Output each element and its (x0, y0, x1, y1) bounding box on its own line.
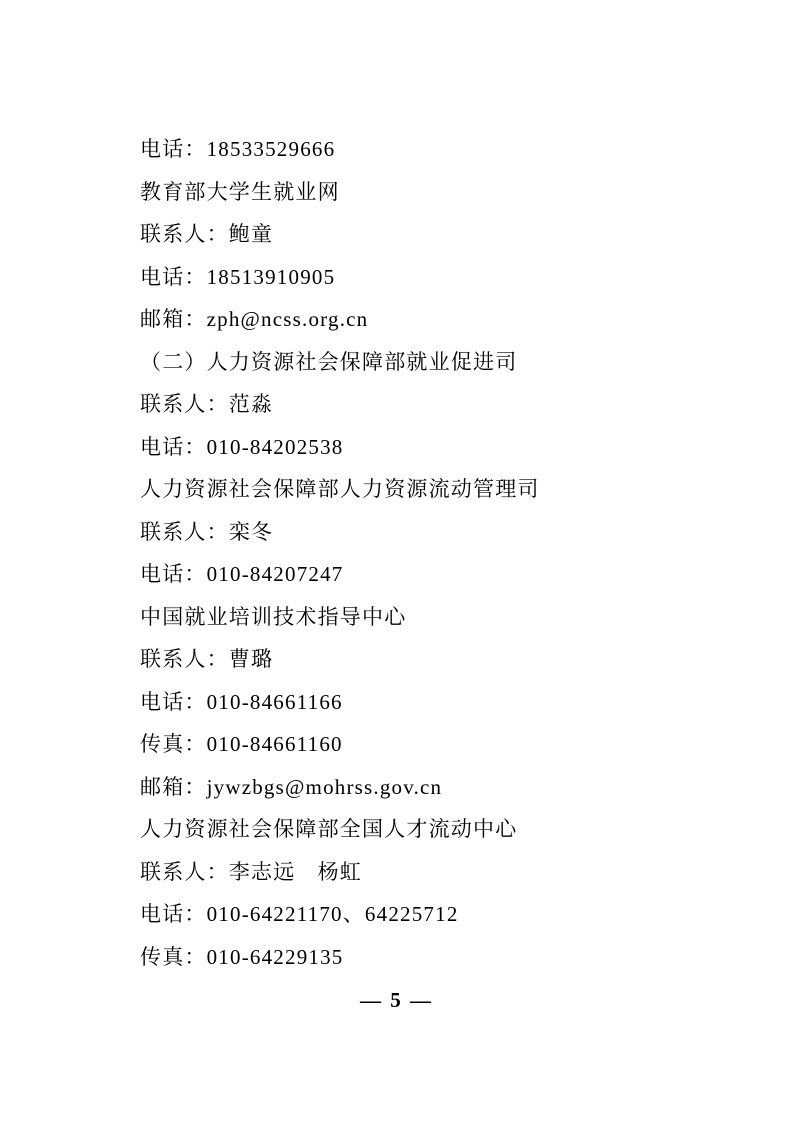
text-line: 邮箱：zph@ncss.org.cn (140, 298, 703, 341)
text-line: 传真：010-64229135 (140, 936, 703, 979)
text-line: 邮箱：jywzbgs@mohrss.gov.cn (140, 766, 703, 809)
text-line: 电话：010-84207247 (140, 553, 703, 596)
text-line: 教育部大学生就业网 (140, 171, 703, 214)
text-line: 电话：18513910905 (140, 256, 703, 299)
document-page: 电话：18533529666教育部大学生就业网联系人：鲍童电话：18513910… (0, 0, 793, 1122)
document-body: 电话：18533529666教育部大学生就业网联系人：鲍童电话：18513910… (140, 128, 703, 978)
text-line: 人力资源社会保障部全国人才流动中心 (140, 808, 703, 851)
text-line: 联系人：栾冬 (140, 511, 703, 554)
text-line: 联系人：曹璐 (140, 638, 703, 681)
text-line: 电话：010-84661166 (140, 681, 703, 724)
text-line: 传真：010-84661160 (140, 723, 703, 766)
text-line: 人力资源社会保障部人力资源流动管理司 (140, 468, 703, 511)
text-line: 中国就业培训技术指导中心 (140, 596, 703, 639)
text-line: 电话：010-84202538 (140, 426, 703, 469)
text-line: 电话：18533529666 (140, 128, 703, 171)
text-line: 联系人：鲍童 (140, 213, 703, 256)
text-line: 联系人：范淼 (140, 383, 703, 426)
text-line: （二）人力资源社会保障部就业促进司 (140, 341, 703, 384)
page-footer: — 5 — (0, 986, 793, 1014)
page-number: — 5 — (360, 986, 433, 1014)
text-line: 电话：010-64221170、64225712 (140, 893, 703, 936)
text-line: 联系人：李志远 杨虹 (140, 851, 703, 894)
